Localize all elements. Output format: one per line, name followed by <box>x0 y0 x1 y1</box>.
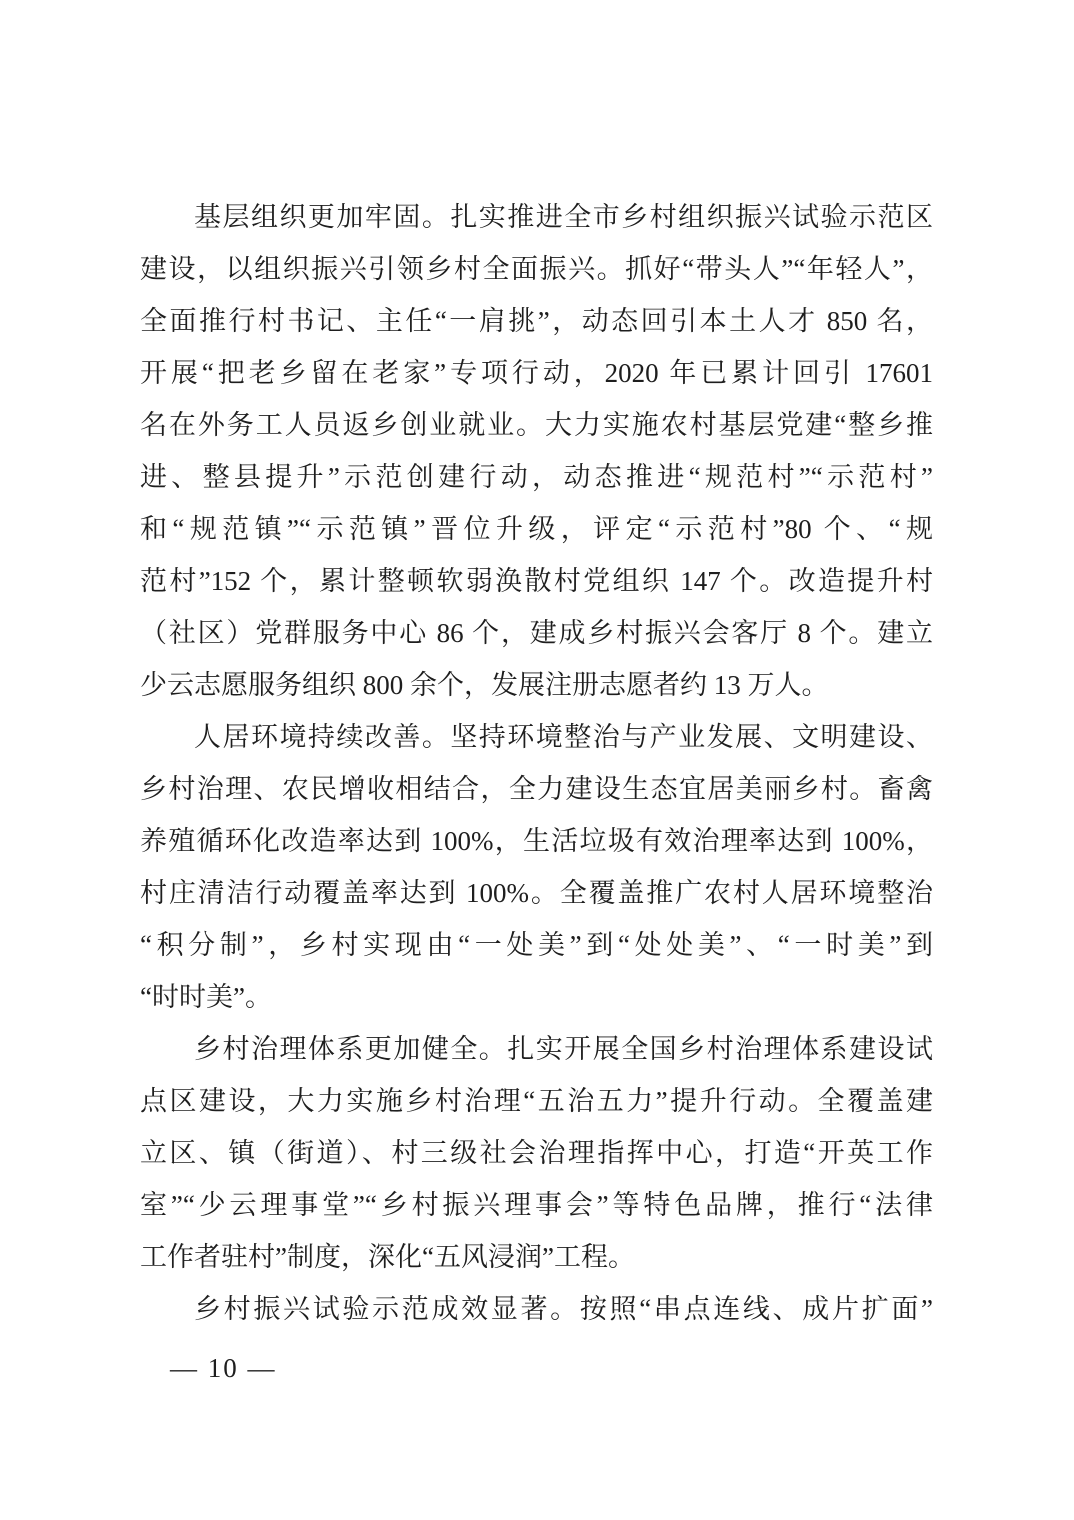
text-line: （社区）党群服务中心 86 个，建成乡村振兴会客厅 8 个。建立 <box>140 607 933 659</box>
text-line: 基层组织更加牢固。扎实推进全市乡村组织振兴试验示范区 <box>140 191 933 243</box>
text-line: 立区、镇（街道）、村三级社会治理指挥中心，打造“开英工作 <box>140 1127 933 1179</box>
paragraph: 乡村治理体系更加健全。扎实开展全国乡村治理体系建设试 点区建设，大力实施乡村治理… <box>140 1023 933 1283</box>
paragraph: 人居环境持续改善。坚持环境整治与产业发展、文明建设、 乡村治理、农民增收相结合，… <box>140 711 933 1023</box>
text-line: 少云志愿服务组织 800 余个，发展注册志愿者约 13 万人。 <box>140 659 933 711</box>
text-line: 建设，以组织振兴引领乡村全面振兴。抓好“带头人”“年轻人”， <box>140 243 933 295</box>
text-line: 乡村振兴试验示范成效显著。按照“串点连线、成片扩面” <box>140 1283 933 1335</box>
text-line: 名在外务工人员返乡创业就业。大力实施农村基层党建“整乡推 <box>140 399 933 451</box>
text-line: “积分制”，乡村实现由“一处美”到“处处美”、“一时美”到 <box>140 919 933 971</box>
text-line: 养殖循环化改造率达到 100%，生活垃圾有效治理率达到 100%， <box>140 815 933 867</box>
text-line: 工作者驻村”制度，深化“五风浸润”工程。 <box>140 1231 933 1283</box>
document-page: 基层组织更加牢固。扎实推进全市乡村组织振兴试验示范区 建设，以组织振兴引领乡村全… <box>0 0 1074 1520</box>
paragraph: 基层组织更加牢固。扎实推进全市乡村组织振兴试验示范区 建设，以组织振兴引领乡村全… <box>140 191 933 711</box>
text-line: 室”“少云理事堂”“乡村振兴理事会”等特色品牌，推行“法律 <box>140 1179 933 1231</box>
page-number: — 10 — <box>170 1353 277 1383</box>
paragraph: 乡村振兴试验示范成效显著。按照“串点连线、成片扩面” <box>140 1283 933 1335</box>
text-line: 乡村治理、农民增收相结合，全力建设生态宜居美丽乡村。畜禽 <box>140 763 933 815</box>
text-line: 开展“把老乡留在老家”专项行动，2020 年已累计回引 17601 <box>140 347 933 399</box>
text-line: 村庄清洁行动覆盖率达到 100%。全覆盖推广农村人居环境整治 <box>140 867 933 919</box>
text-line: 范村”152 个，累计整顿软弱涣散村党组织 147 个。改造提升村 <box>140 555 933 607</box>
text-line: 和“规范镇”“示范镇”晋位升级，评定“示范村”80 个、“规 <box>140 503 933 555</box>
text-line: 点区建设，大力实施乡村治理“五治五力”提升行动。全覆盖建 <box>140 1075 933 1127</box>
text-line: “时时美”。 <box>140 971 933 1023</box>
text-line: 乡村治理体系更加健全。扎实开展全国乡村治理体系建设试 <box>140 1023 933 1075</box>
text-line: 进、整县提升”示范创建行动，动态推进“规范村”“示范村” <box>140 451 933 503</box>
text-line: 全面推行村书记、主任“一肩挑”，动态回引本土人才 850 名， <box>140 295 933 347</box>
text-block: 基层组织更加牢固。扎实推进全市乡村组织振兴试验示范区 建设，以组织振兴引领乡村全… <box>140 191 933 1335</box>
text-line: 人居环境持续改善。坚持环境整治与产业发展、文明建设、 <box>140 711 933 763</box>
